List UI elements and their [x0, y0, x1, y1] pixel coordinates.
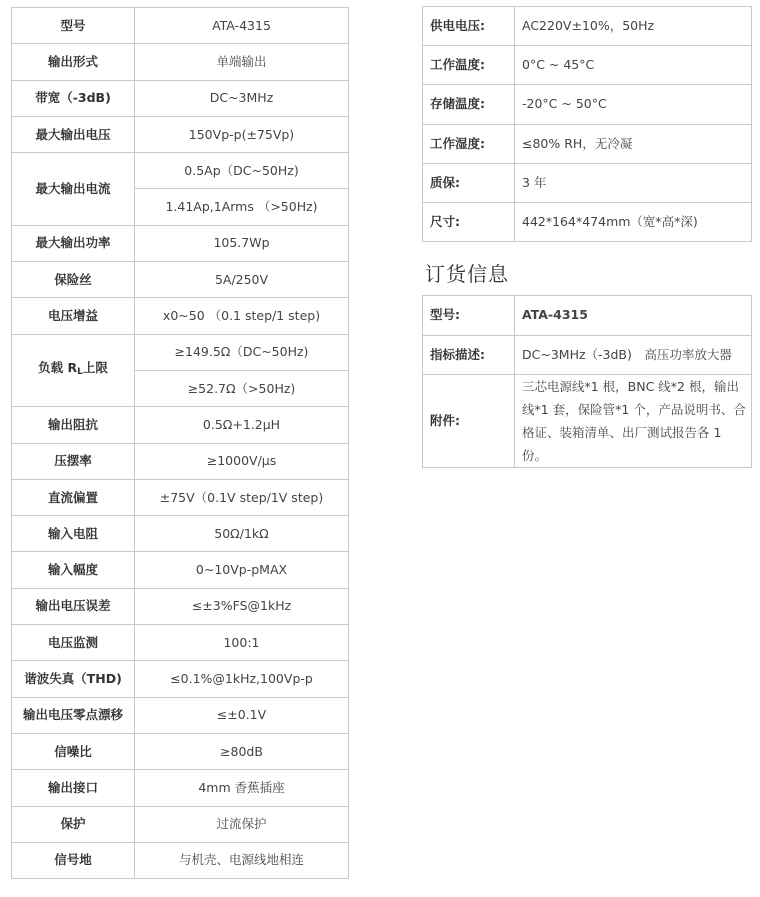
- spec-label: 压摆率: [12, 443, 135, 479]
- spec-label: 电压增益: [12, 298, 135, 334]
- env-value: 3 年: [515, 163, 752, 202]
- table-row: 直流偏置 ±75V（0.1V step/1V step): [12, 479, 349, 515]
- spec-value: ≤±0.1V: [135, 697, 349, 733]
- spec-label: 输出电压误差: [12, 588, 135, 624]
- spec-value: 过流保护: [135, 806, 349, 842]
- label-suffix: 上限: [83, 360, 108, 375]
- table-row: 输出接口 4mm 香蕉插座: [12, 770, 349, 806]
- env-value: -20°C ~ 50°C: [515, 85, 752, 124]
- table-row: 带宽（-3dB) DC~3MHz: [12, 80, 349, 116]
- spec-value: ±75V（0.1V step/1V step): [135, 479, 349, 515]
- env-value: ≤80% RH，无冷凝: [515, 124, 752, 163]
- spec-value: ≤0.1%@1kHz,100Vp-p: [135, 661, 349, 697]
- label-prefix: 负载 R: [38, 360, 77, 375]
- spec-value: 单端输出: [135, 44, 349, 80]
- table-row: 供电电压: AC220V±10%，50Hz: [423, 7, 752, 46]
- order-label: 附件:: [423, 375, 515, 468]
- spec-label: 最大输出电压: [12, 116, 135, 152]
- table-row: 信号地 与机壳、电源线地相连: [12, 842, 349, 878]
- table-row: 电压增益 x0~50 （0.1 step/1 step): [12, 298, 349, 334]
- table-row: 存储温度: -20°C ~ 50°C: [423, 85, 752, 124]
- spec-value: 与机壳、电源线地相连: [135, 842, 349, 878]
- env-label: 供电电压:: [423, 7, 515, 46]
- spec-label: 保护: [12, 806, 135, 842]
- env-label: 工作湿度:: [423, 124, 515, 163]
- spec-value: 100:1: [135, 625, 349, 661]
- spec-value: 4mm 香蕉插座: [135, 770, 349, 806]
- env-value: AC220V±10%，50Hz: [515, 7, 752, 46]
- table-row: 谐波失真（THD) ≤0.1%@1kHz,100Vp-p: [12, 661, 349, 697]
- spec-value: 0.5Ω+1.2μH: [135, 407, 349, 443]
- table-row: 输出阻抗 0.5Ω+1.2μH: [12, 407, 349, 443]
- spec-label: 电压监测: [12, 625, 135, 661]
- table-row: 电压监测 100:1: [12, 625, 349, 661]
- spec-label: 保险丝: [12, 262, 135, 298]
- table-row: 信噪比 ≥80dB: [12, 733, 349, 769]
- table-row: 压摆率 ≥1000V/μs: [12, 443, 349, 479]
- spec-label: 信号地: [12, 842, 135, 878]
- table-row: 工作温度: 0°C ~ 45°C: [423, 46, 752, 85]
- spec-value: ≥80dB: [135, 733, 349, 769]
- spec-value: ≥52.7Ω（>50Hz): [135, 370, 349, 406]
- table-row: 输入电阻 50Ω/1kΩ: [12, 516, 349, 552]
- table-row: 工作湿度: ≤80% RH，无冷凝: [423, 124, 752, 163]
- table-row: 质保: 3 年: [423, 163, 752, 202]
- table-row: 保护 过流保护: [12, 806, 349, 842]
- env-value: 442*164*474mm（宽*高*深): [515, 202, 752, 241]
- spec-label: 输入幅度: [12, 552, 135, 588]
- spec-label: 最大输出电流: [12, 153, 135, 226]
- spec-value: 150Vp-p(±75Vp): [135, 116, 349, 152]
- spec-label: 最大输出功率: [12, 225, 135, 261]
- spec-value: 0.5Ap（DC~50Hz): [135, 153, 349, 189]
- table-row: 保险丝 5A/250V: [12, 262, 349, 298]
- order-info-heading: 订货信息: [425, 258, 509, 287]
- order-label: 指标描述:: [423, 335, 515, 375]
- spec-value: 50Ω/1kΩ: [135, 516, 349, 552]
- table-row: 负载 RL上限 ≥149.5Ω（DC~50Hz): [12, 334, 349, 370]
- table-row: 最大输出电流 0.5Ap（DC~50Hz): [12, 153, 349, 189]
- environment-table: 供电电压: AC220V±10%，50Hz 工作温度: 0°C ~ 45°C 存…: [422, 6, 752, 242]
- spec-value: 1.41Ap,1Arms （>50Hz): [135, 189, 349, 225]
- spec-value: 5A/250V: [135, 262, 349, 298]
- table-row: 输出形式 单端输出: [12, 44, 349, 80]
- table-row: 输出电压误差 ≤±3%FS@1kHz: [12, 588, 349, 624]
- spec-value: ≥149.5Ω（DC~50Hz): [135, 334, 349, 370]
- env-label: 尺寸:: [423, 202, 515, 241]
- env-label: 质保:: [423, 163, 515, 202]
- table-row: 最大输出电压 150Vp-p(±75Vp): [12, 116, 349, 152]
- table-row: 附件: 三芯电源线*1 根，BNC 线*2 根，输出线*1 套，保险管*1 个，…: [423, 375, 752, 468]
- table-row: 输入幅度 0~10Vp-pMAX: [12, 552, 349, 588]
- env-label: 存储温度:: [423, 85, 515, 124]
- table-row: 最大输出功率 105.7Wp: [12, 225, 349, 261]
- table-row: 指标描述: DC~3MHz（-3dB) 高压功率放大器: [423, 335, 752, 375]
- spec-label: 型号: [12, 8, 135, 44]
- table-row: 输出电压零点漂移 ≤±0.1V: [12, 697, 349, 733]
- env-label: 工作温度:: [423, 46, 515, 85]
- spec-value: ≥1000V/μs: [135, 443, 349, 479]
- spec-label: 负载 RL上限: [12, 334, 135, 407]
- spec-value: x0~50 （0.1 step/1 step): [135, 298, 349, 334]
- spec-label: 输入电阻: [12, 516, 135, 552]
- spec-value: 105.7Wp: [135, 225, 349, 261]
- spec-value: 0~10Vp-pMAX: [135, 552, 349, 588]
- spec-value: ATA-4315: [135, 8, 349, 44]
- table-row: 尺寸: 442*164*474mm（宽*高*深): [423, 202, 752, 241]
- env-value: 0°C ~ 45°C: [515, 46, 752, 85]
- order-value: 三芯电源线*1 根，BNC 线*2 根，输出线*1 套，保险管*1 个，产品说明…: [515, 375, 752, 468]
- spec-value: DC~3MHz: [135, 80, 349, 116]
- table-row: 型号 ATA-4315: [12, 8, 349, 44]
- spec-label: 信噪比: [12, 733, 135, 769]
- spec-label: 谐波失真（THD): [12, 661, 135, 697]
- order-value: DC~3MHz（-3dB) 高压功率放大器: [515, 335, 752, 375]
- order-info-table: 型号: ATA-4315 指标描述: DC~3MHz（-3dB) 高压功率放大器…: [422, 295, 752, 468]
- order-label: 型号:: [423, 296, 515, 336]
- spec-table: 型号 ATA-4315 输出形式 单端输出 带宽（-3dB) DC~3MHz 最…: [11, 7, 349, 879]
- spec-label: 输出阻抗: [12, 407, 135, 443]
- spec-label: 输出接口: [12, 770, 135, 806]
- spec-label: 输出电压零点漂移: [12, 697, 135, 733]
- spec-label: 直流偏置: [12, 479, 135, 515]
- order-value: ATA-4315: [515, 296, 752, 336]
- table-row: 型号: ATA-4315: [423, 296, 752, 336]
- spec-label: 带宽（-3dB): [12, 80, 135, 116]
- spec-value: ≤±3%FS@1kHz: [135, 588, 349, 624]
- spec-label: 输出形式: [12, 44, 135, 80]
